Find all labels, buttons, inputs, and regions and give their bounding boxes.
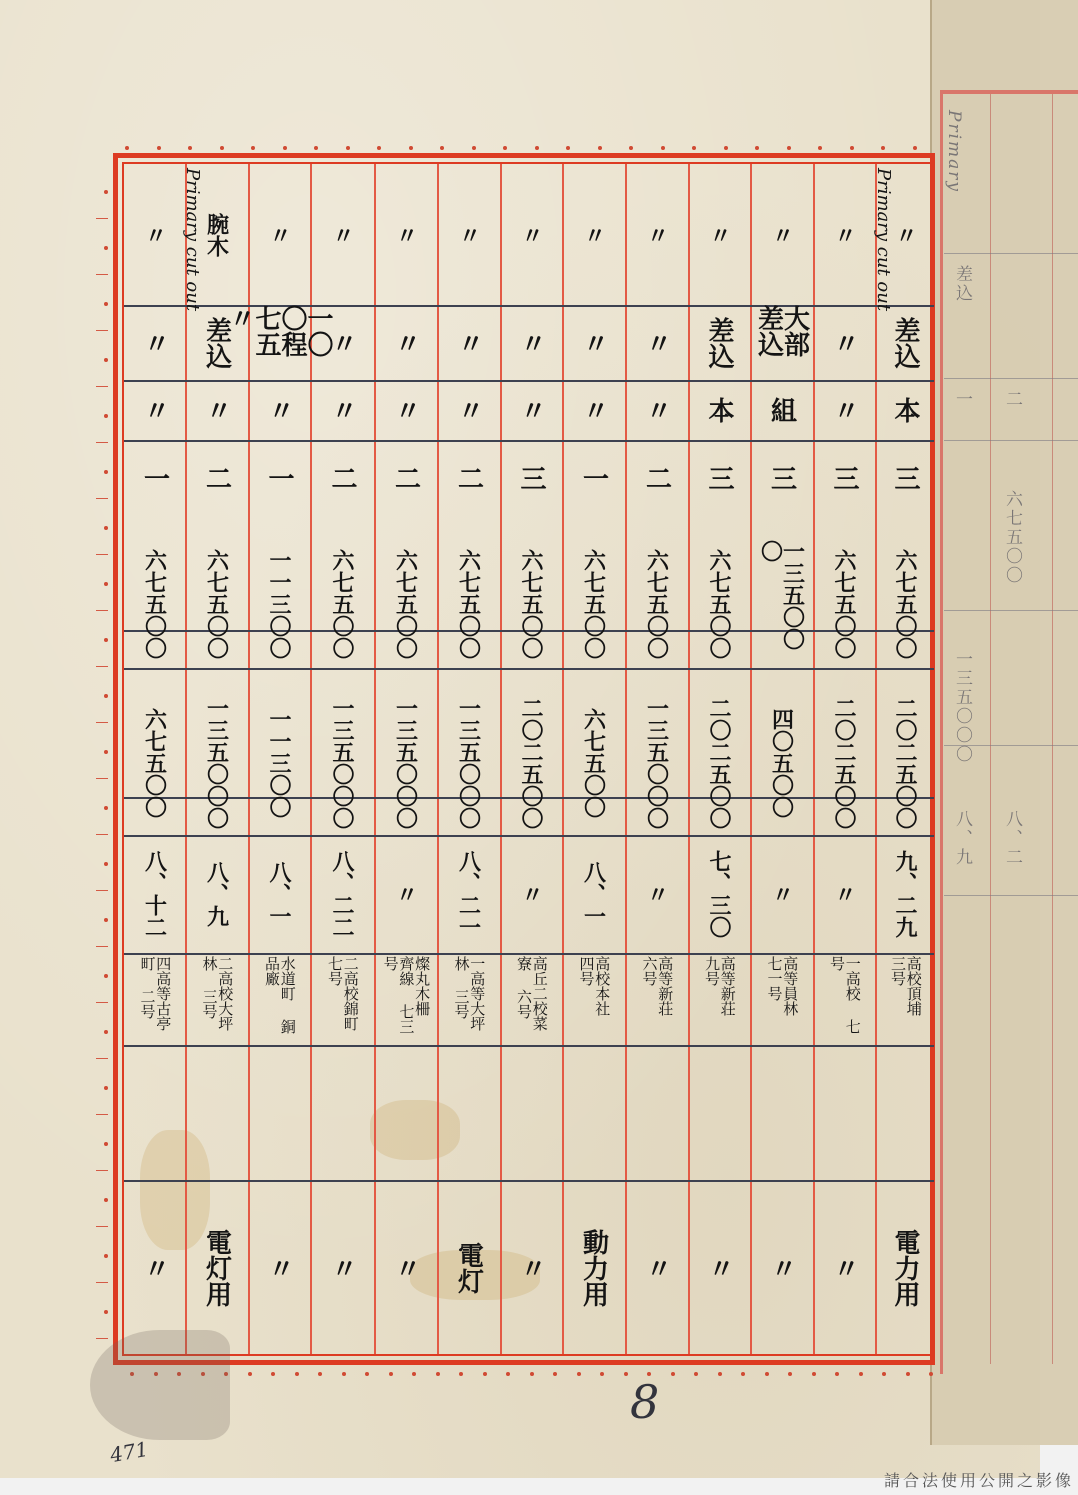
frame-tick	[96, 554, 108, 555]
frame-dot	[104, 246, 108, 250]
frame-dot	[535, 146, 539, 150]
frame-dot	[251, 146, 255, 150]
cell-count: 一	[248, 440, 310, 515]
cell-amount-b: 二〇二五〇〇	[688, 690, 750, 835]
cell-amount-a: 六七五〇〇	[124, 540, 185, 668]
frame-tick	[96, 890, 108, 891]
cell-date: 八、二一	[437, 835, 500, 953]
cell-amount-b: 二〇二五〇〇	[500, 690, 562, 835]
frame-tick	[96, 666, 108, 667]
cell-qualifier: 本	[688, 380, 750, 440]
frame-dot	[104, 1086, 108, 1090]
cell-amount-b: 一三五〇〇〇	[310, 690, 374, 835]
cell-purpose: 〃	[310, 1180, 374, 1356]
frame-dot	[600, 1372, 604, 1376]
frame-dot	[104, 526, 108, 530]
cell-count: 一	[124, 440, 185, 515]
cell-item: 〃	[248, 164, 310, 305]
cell-item: 〃	[374, 164, 437, 305]
cell-method: 〃	[500, 305, 562, 380]
frame-tick	[96, 1170, 108, 1171]
cell-amount-b: 六七五〇〇	[562, 690, 625, 835]
frame-dot	[483, 1372, 487, 1376]
cell-amount-b: 一一三〇〇	[248, 690, 310, 835]
cell-item: 〃	[750, 164, 813, 305]
frame-dot	[104, 1310, 108, 1314]
overlay-fragment: 六七五〇〇	[1000, 490, 1025, 585]
frame-tick	[96, 1058, 108, 1059]
frame-dot	[506, 1372, 510, 1376]
frame-tick	[96, 1226, 108, 1227]
frame-dot	[661, 146, 665, 150]
cell-purpose: 〃	[374, 1180, 437, 1356]
cell-item: 〃	[437, 164, 500, 305]
cell-address: 一高校 七号	[813, 956, 875, 1044]
cell-purpose: 電力用	[875, 1180, 935, 1356]
cell-qualifier: 〃	[248, 380, 310, 440]
frame-dot	[125, 146, 129, 150]
frame-dot	[271, 1372, 275, 1376]
cell-count: 三	[750, 440, 813, 515]
frame-dot	[104, 1142, 108, 1146]
cell-address: 二高校錦町 七号	[310, 956, 374, 1044]
cell-method: 差込	[688, 305, 750, 380]
cell-qualifier: 〃	[437, 380, 500, 440]
cell-date: 〃	[374, 835, 437, 953]
cell-method: 差込	[875, 305, 935, 380]
cell-method: 〃	[562, 305, 625, 380]
cell-date: 八、九	[185, 835, 248, 953]
frame-dot	[377, 146, 381, 150]
frame-tick	[96, 1002, 108, 1003]
cell-amount-a: 一一三〇〇	[248, 540, 310, 668]
frame-dot	[859, 1372, 863, 1376]
frame-tick	[96, 722, 108, 723]
frame-dot	[692, 146, 696, 150]
cell-qualifier: 組	[750, 380, 813, 440]
frame-dot	[472, 146, 476, 150]
frame-tick	[96, 330, 108, 331]
frame-tick	[96, 946, 108, 947]
cell-count: 一	[562, 440, 625, 515]
cell-item: 〃	[813, 164, 875, 305]
cell-count: 三	[688, 440, 750, 515]
cell-date: 〃	[750, 835, 813, 953]
cell-amount-b: 二〇二五〇〇	[875, 690, 935, 835]
cell-amount-a: 六七五〇〇	[500, 540, 562, 668]
cell-item: 〃	[625, 164, 688, 305]
frame-tick	[96, 274, 108, 275]
overlay-rule	[944, 253, 1078, 254]
cell-method: 一〇〇程 七五〃	[248, 305, 310, 380]
cell-item: 〃	[688, 164, 750, 305]
cell-count: 二	[310, 440, 374, 515]
cell-amount-b: 一三五〇〇〇	[625, 690, 688, 835]
frame-dot	[929, 1372, 933, 1376]
frame-dot	[220, 146, 224, 150]
frame-dot	[787, 146, 791, 150]
cell-method: 大部差込	[750, 305, 813, 380]
cell-date: 八、一	[248, 835, 310, 953]
cell-method: 〃	[813, 305, 875, 380]
cell-amount-b: 二〇二五〇〇	[813, 690, 875, 835]
overlay-rule	[944, 440, 1078, 441]
frame-dot	[812, 1372, 816, 1376]
cell-item: 〃	[875, 164, 935, 305]
archive-watermark: 請合法使用公開之影像	[884, 1468, 1074, 1491]
frame-dot	[788, 1372, 792, 1376]
frame-tick	[96, 834, 108, 835]
cell-address: 四高等古亭町 二号	[124, 956, 185, 1044]
cell-address: 水道町 銅品廠	[248, 956, 310, 1044]
frame-dot	[503, 146, 507, 150]
frame-dot	[346, 146, 350, 150]
cell-item: 〃	[500, 164, 562, 305]
cell-amount-b: 一三五〇〇〇	[374, 690, 437, 835]
cell-amount-a: 六七五〇〇	[310, 540, 374, 668]
cell-amount-a: 一三五〇〇〇	[750, 540, 813, 668]
frame-dot	[755, 146, 759, 150]
frame-dot	[882, 1372, 886, 1376]
frame-dot	[724, 146, 728, 150]
cell-date: 七、三〇	[688, 835, 750, 953]
cell-amount-b: 四〇五〇〇	[750, 690, 813, 835]
overlay-fragment: 一	[950, 390, 975, 409]
frame-dot	[530, 1372, 534, 1376]
cell-method: 差込	[185, 305, 248, 380]
cell-qualifier: 〃	[500, 380, 562, 440]
cell-item: 腕木	[185, 164, 248, 305]
overlay-fragment: 八、九	[950, 810, 975, 867]
frame-dot	[906, 1372, 910, 1376]
cell-qualifier: 本	[875, 380, 935, 440]
cell-count: 三	[500, 440, 562, 515]
cell-count: 三	[875, 440, 935, 515]
frame-dot	[624, 1372, 628, 1376]
signature-mark: 8	[630, 1375, 659, 1429]
frame-dot	[741, 1372, 745, 1376]
cell-purpose: 動力用	[562, 1180, 625, 1356]
cell-amount-b: 一三五〇〇〇	[185, 690, 248, 835]
frame-dot	[318, 1372, 322, 1376]
cell-address: 高等員林 七一号	[750, 956, 813, 1044]
cell-method: 〃	[437, 305, 500, 380]
cell-item: 〃	[310, 164, 374, 305]
cell-qualifier: 〃	[625, 380, 688, 440]
frame-dot	[412, 1372, 416, 1376]
frame-dot	[104, 470, 108, 474]
frame-dot	[342, 1372, 346, 1376]
frame-dot	[913, 146, 917, 150]
frame-dot	[157, 146, 161, 150]
cell-address: 燦丸木柵 齊線 七三号	[374, 956, 437, 1044]
frame-tick	[96, 610, 108, 611]
overlay-rule	[944, 378, 1078, 379]
cell-count: 二	[437, 440, 500, 515]
frame-dot	[104, 190, 108, 194]
frame-dot	[671, 1372, 675, 1376]
frame-tick	[96, 498, 108, 499]
frame-dot	[283, 146, 287, 150]
frame-dot	[104, 414, 108, 418]
frame-tick	[96, 218, 108, 219]
frame-dot	[104, 1198, 108, 1202]
frame-dot	[389, 1372, 393, 1376]
frame-dot	[694, 1372, 698, 1376]
frame-dot	[553, 1372, 557, 1376]
cell-date: 〃	[813, 835, 875, 953]
cell-date: 八、二二	[310, 835, 374, 953]
frame-dot	[566, 146, 570, 150]
frame-dot	[629, 146, 633, 150]
overlay-rule	[944, 895, 1078, 896]
frame-dot	[104, 974, 108, 978]
cell-purpose: 〃	[500, 1180, 562, 1356]
cell-method: 〃	[625, 305, 688, 380]
cell-address: 高校頂埔 三号	[875, 956, 935, 1044]
frame-dot	[881, 146, 885, 150]
cell-method: 〃	[124, 305, 185, 380]
frame-dot	[436, 1372, 440, 1376]
frame-dot	[577, 1372, 581, 1376]
frame-dot	[835, 1372, 839, 1376]
cell-amount-a: 六七五〇〇	[562, 540, 625, 668]
cell-qualifier: 〃	[124, 380, 185, 440]
frame-tick	[96, 386, 108, 387]
frame-dot	[104, 1030, 108, 1034]
frame-dot	[314, 146, 318, 150]
overlay-rule	[944, 610, 1078, 611]
frame-dot	[104, 806, 108, 810]
cell-amount-a: 六七五〇〇	[813, 540, 875, 668]
cell-count: 二	[625, 440, 688, 515]
frame-dot	[440, 146, 444, 150]
row-rule	[124, 953, 934, 955]
frame-dot	[104, 918, 108, 922]
cell-date: 八、十二	[124, 835, 185, 953]
cell-address: 二高校大坪林 三号	[185, 956, 248, 1044]
frame-dot	[104, 862, 108, 866]
cell-item: 〃	[124, 164, 185, 305]
cell-amount-a: 六七五〇〇	[374, 540, 437, 668]
cell-address: 高等新荘 九号	[688, 956, 750, 1044]
cell-count: 二	[374, 440, 437, 515]
frame-dot	[850, 146, 854, 150]
frame-dot	[409, 146, 413, 150]
frame-dot	[765, 1372, 769, 1376]
cell-amount-a: 六七五〇〇	[185, 540, 248, 668]
frame-dot	[248, 1372, 252, 1376]
row-rule	[124, 668, 934, 670]
overlay-fragment: 一三五〇〇〇	[950, 650, 975, 764]
cell-qualifier: 〃	[374, 380, 437, 440]
cell-count: 二	[185, 440, 248, 515]
frame-dot	[104, 358, 108, 362]
cell-purpose: 電灯	[437, 1180, 500, 1356]
frame-dot	[598, 146, 602, 150]
overlay-rule	[990, 94, 991, 1364]
overlay-fragment: Primary	[944, 110, 964, 193]
frame-dot	[818, 146, 822, 150]
frame-dot	[459, 1372, 463, 1376]
frame-tick	[96, 1282, 108, 1283]
frame-dot	[104, 582, 108, 586]
cell-date: 八、一	[562, 835, 625, 953]
archive-stamp-logo	[90, 1330, 230, 1440]
cell-item: 〃	[562, 164, 625, 305]
frame-dot	[718, 1372, 722, 1376]
cell-method: 〃	[374, 305, 437, 380]
frame-dot	[104, 750, 108, 754]
cell-address: 高校本社 四号	[562, 956, 625, 1044]
frame-tick	[96, 778, 108, 779]
frame-dot	[365, 1372, 369, 1376]
frame-dot	[295, 1372, 299, 1376]
cell-address: 高丘二校菜寮 六号	[500, 956, 562, 1044]
cell-date: 九、二九	[875, 835, 935, 953]
cell-amount-a: 六七五〇〇	[625, 540, 688, 668]
frame-dot	[104, 638, 108, 642]
row-rule	[124, 1045, 934, 1047]
cell-date: 〃	[625, 835, 688, 953]
cell-amount-a: 六七五〇〇	[875, 540, 935, 668]
frame-dot	[104, 302, 108, 306]
frame-dot	[104, 1254, 108, 1258]
cell-address: 高等新荘 六号	[625, 956, 688, 1044]
cell-qualifier: 〃	[185, 380, 248, 440]
cell-purpose: 〃	[248, 1180, 310, 1356]
frame-tick	[96, 1338, 108, 1339]
overlay-rule	[1052, 94, 1053, 1364]
cell-purpose: 〃	[688, 1180, 750, 1356]
overlay-fragment: 差込	[950, 265, 975, 303]
cell-amount-b: 一三五〇〇〇	[437, 690, 500, 835]
overlay-fragment: 二	[1000, 390, 1025, 409]
cell-date: 〃	[500, 835, 562, 953]
cell-purpose: 〃	[750, 1180, 813, 1356]
cell-amount-a: 六七五〇〇	[437, 540, 500, 668]
cell-amount-a: 六七五〇〇	[688, 540, 750, 668]
frame-tick	[96, 442, 108, 443]
cell-address: 一高等大坪林 三号	[437, 956, 500, 1044]
frame-dot	[104, 694, 108, 698]
cell-amount-b: 六七五〇〇	[124, 690, 185, 835]
frame-dot	[188, 146, 192, 150]
cell-purpose: 〃	[625, 1180, 688, 1356]
cell-qualifier: 〃	[562, 380, 625, 440]
cell-qualifier: 〃	[310, 380, 374, 440]
frame-tick	[96, 1114, 108, 1115]
overlay-fragment: 八、二	[1000, 810, 1025, 867]
cell-count: 三	[813, 440, 875, 515]
cell-purpose: 〃	[813, 1180, 875, 1356]
cell-qualifier: 〃	[813, 380, 875, 440]
